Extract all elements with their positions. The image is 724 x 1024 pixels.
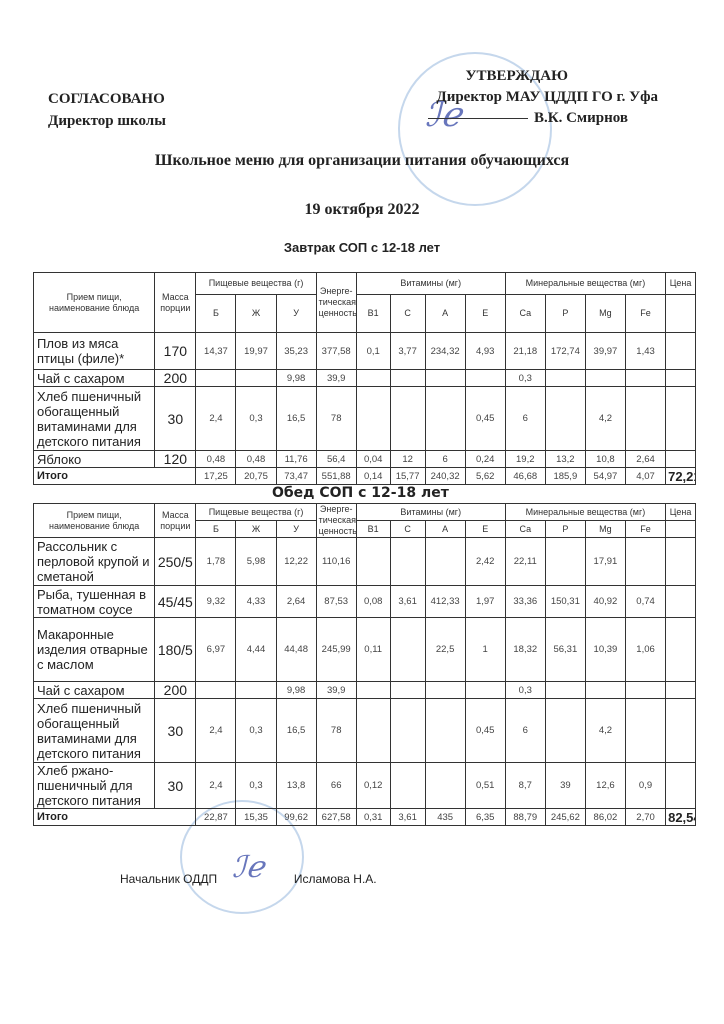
lunch-table: Прием пищи, наименование блюда Масса пор… xyxy=(33,503,696,826)
dish-b: 1,78 xyxy=(196,538,236,586)
dish-a xyxy=(425,699,465,763)
total-energy: 627,58 xyxy=(316,809,356,826)
menu-row: Хлеб пшеничный обогащенный витаминами дл… xyxy=(34,699,696,763)
agreed-position: Директор школы xyxy=(48,110,166,132)
dish-energy: 56,4 xyxy=(316,451,356,468)
dish-b1 xyxy=(356,370,390,387)
dish-price xyxy=(666,370,696,387)
dish-e: 0,51 xyxy=(465,763,505,809)
dish-fe xyxy=(625,387,665,451)
dish-a xyxy=(425,538,465,586)
col-minerals: Минеральные вещества (мг) xyxy=(505,504,665,521)
dish-mass: 200 xyxy=(155,370,196,387)
dish-name: Рассольник с перловой крупой и сметаной xyxy=(34,538,155,586)
dish-b1: 0,08 xyxy=(356,586,390,618)
total-b: 22,87 xyxy=(196,809,236,826)
dish-b: 2,4 xyxy=(196,699,236,763)
dish-b xyxy=(196,370,236,387)
col-nutrients: Пищевые вещества (г) xyxy=(196,273,316,295)
menu-row: Плов из мяса птицы (филе)* 17014,3719,97… xyxy=(34,333,696,370)
dish-price xyxy=(666,387,696,451)
dish-mg: 17,91 xyxy=(585,538,625,586)
dish-zh: 4,44 xyxy=(236,618,276,682)
dish-name: Макаронные изделия отварные с маслом xyxy=(34,618,155,682)
dish-e xyxy=(465,370,505,387)
dish-e: 2,42 xyxy=(465,538,505,586)
dish-price xyxy=(666,682,696,699)
dish-u: 16,5 xyxy=(276,387,316,451)
dish-fe xyxy=(625,370,665,387)
col-zh: Ж xyxy=(236,295,276,333)
col-b1: В1 xyxy=(356,521,390,538)
dish-price xyxy=(666,763,696,809)
approved-position: Директор МАУ ЦДДП ГО г. Уфа xyxy=(378,87,668,108)
dish-zh: 5,98 xyxy=(236,538,276,586)
dish-energy: 87,53 xyxy=(316,586,356,618)
total-zh: 20,75 xyxy=(236,468,276,485)
total-c: 3,61 xyxy=(390,809,425,826)
total-a: 240,32 xyxy=(425,468,465,485)
dish-mg: 10,39 xyxy=(585,618,625,682)
dish-mg xyxy=(585,682,625,699)
breakfast-table: Прием пищи, наименование блюда Масса пор… xyxy=(33,272,696,485)
dish-p: 56,31 xyxy=(545,618,585,682)
approved-label: УТВЕРЖДАЮ xyxy=(378,66,668,87)
dish-zh: 4,33 xyxy=(236,586,276,618)
dish-b1: 0,11 xyxy=(356,618,390,682)
dish-zh xyxy=(236,682,276,699)
dish-price xyxy=(666,618,696,682)
dish-b1: 0,1 xyxy=(356,333,390,370)
col-e: Е xyxy=(465,295,505,333)
col-mg: Mg xyxy=(585,521,625,538)
dish-p: 150,31 xyxy=(545,586,585,618)
total-u: 99,62 xyxy=(276,809,316,826)
dish-name: Чай с сахаром xyxy=(34,682,155,699)
dish-a: 412,33 xyxy=(425,586,465,618)
total-e: 6,35 xyxy=(465,809,505,826)
dish-p xyxy=(545,370,585,387)
menu-row: Хлеб пшеничный обогащенный витаминами дл… xyxy=(34,387,696,451)
menu-row: Яблоко 1200,480,4811,7656,40,041260,2419… xyxy=(34,451,696,468)
dish-b: 0,48 xyxy=(196,451,236,468)
dish-energy: 245,99 xyxy=(316,618,356,682)
col-c: С xyxy=(390,521,425,538)
approved-block: УТВЕРЖДАЮ Директор МАУ ЦДДП ГО г. Уфа В.… xyxy=(378,66,668,129)
dish-fe: 1,06 xyxy=(625,618,665,682)
dish-ca: 33,36 xyxy=(505,586,545,618)
page-title: Школьное меню для организации питания об… xyxy=(0,152,724,170)
menu-row: Чай с сахаром 2009,9839,90,3 xyxy=(34,370,696,387)
dish-u: 9,98 xyxy=(276,682,316,699)
total-zh: 15,35 xyxy=(236,809,276,826)
total-b1: 0,14 xyxy=(356,468,390,485)
dish-b1 xyxy=(356,699,390,763)
dish-e: 1 xyxy=(465,618,505,682)
total-a: 435 xyxy=(425,809,465,826)
total-label: Итого xyxy=(34,809,196,826)
dish-c xyxy=(390,682,425,699)
dish-mg: 4,2 xyxy=(585,387,625,451)
dish-p xyxy=(545,682,585,699)
dish-mass: 120 xyxy=(155,451,196,468)
col-energy: Энерге-тическая ценность xyxy=(316,273,356,333)
dish-a: 22,5 xyxy=(425,618,465,682)
col-e: Е xyxy=(465,521,505,538)
col-mass: Масса порции xyxy=(155,504,196,538)
dish-b: 2,4 xyxy=(196,387,236,451)
dish-mg: 40,92 xyxy=(585,586,625,618)
dish-p xyxy=(545,387,585,451)
dish-mass: 180/5 xyxy=(155,618,196,682)
dish-mg: 12,6 xyxy=(585,763,625,809)
dish-fe: 1,43 xyxy=(625,333,665,370)
dish-e: 0,45 xyxy=(465,699,505,763)
dish-a xyxy=(425,387,465,451)
dish-c xyxy=(390,387,425,451)
dish-fe: 0,9 xyxy=(625,763,665,809)
col-b1: В1 xyxy=(356,295,390,333)
total-e: 5,62 xyxy=(465,468,505,485)
dish-c: 3,77 xyxy=(390,333,425,370)
dish-b: 2,4 xyxy=(196,763,236,809)
col-u: У xyxy=(276,295,316,333)
dish-u: 2,64 xyxy=(276,586,316,618)
dish-ca: 6 xyxy=(505,387,545,451)
dish-energy: 78 xyxy=(316,387,356,451)
dish-name: Чай с сахаром xyxy=(34,370,155,387)
col-a: А xyxy=(425,521,465,538)
dish-ca: 0,3 xyxy=(505,370,545,387)
dish-b: 9,32 xyxy=(196,586,236,618)
dish-ca: 0,3 xyxy=(505,682,545,699)
dish-a xyxy=(425,763,465,809)
dish-u: 12,22 xyxy=(276,538,316,586)
dish-energy: 110,16 xyxy=(316,538,356,586)
total-fe: 4,07 xyxy=(625,468,665,485)
dish-ca: 6 xyxy=(505,699,545,763)
total-p: 185,9 xyxy=(545,468,585,485)
dish-e: 0,45 xyxy=(465,387,505,451)
total-label: Итого xyxy=(34,468,196,485)
dish-zh: 0,3 xyxy=(236,387,276,451)
dish-energy: 39,9 xyxy=(316,370,356,387)
total-u: 73,47 xyxy=(276,468,316,485)
dish-mass: 45/45 xyxy=(155,586,196,618)
signature-line xyxy=(428,118,528,119)
footer-signature: Начальник ОДДП Исламова Н.А. xyxy=(120,872,377,886)
total-fe: 2,70 xyxy=(625,809,665,826)
dish-mg xyxy=(585,370,625,387)
footer-position: Начальник ОДДП xyxy=(120,872,217,886)
dish-fe xyxy=(625,699,665,763)
col-energy: Энерге-тическая ценность xyxy=(316,504,356,538)
dish-zh: 19,97 xyxy=(236,333,276,370)
menu-row: Чай с сахаром 2009,9839,90,3 xyxy=(34,682,696,699)
dish-e: 4,93 xyxy=(465,333,505,370)
dish-zh xyxy=(236,370,276,387)
dish-u: 16,5 xyxy=(276,699,316,763)
dish-ca: 8,7 xyxy=(505,763,545,809)
dish-price xyxy=(666,333,696,370)
dish-a xyxy=(425,682,465,699)
col-meal-name: Прием пищи, наименование блюда xyxy=(34,504,155,538)
dish-a: 6 xyxy=(425,451,465,468)
dish-energy: 66 xyxy=(316,763,356,809)
dish-b xyxy=(196,682,236,699)
menu-row: Хлеб ржано-пшеничный для детского питани… xyxy=(34,763,696,809)
lunch-title: Обед СОП с 12-18 лет xyxy=(272,485,449,501)
dish-u: 9,98 xyxy=(276,370,316,387)
dish-mg: 4,2 xyxy=(585,699,625,763)
dish-mass: 200 xyxy=(155,682,196,699)
dish-p: 39 xyxy=(545,763,585,809)
dish-name: Яблоко xyxy=(34,451,155,468)
col-price-sub xyxy=(666,295,696,333)
total-mg: 86,02 xyxy=(585,809,625,826)
dish-u: 11,76 xyxy=(276,451,316,468)
dish-b1: 0,12 xyxy=(356,763,390,809)
approved-signatory: В.К. Смирнов xyxy=(378,108,668,129)
dish-zh: 0,3 xyxy=(236,699,276,763)
total-b1: 0,31 xyxy=(356,809,390,826)
col-c: С xyxy=(390,295,425,333)
col-nutrients: Пищевые вещества (г) xyxy=(196,504,316,521)
dish-fe xyxy=(625,538,665,586)
dish-e: 1,97 xyxy=(465,586,505,618)
col-b: Б xyxy=(196,295,236,333)
dish-mass: 170 xyxy=(155,333,196,370)
dish-b1 xyxy=(356,682,390,699)
menu-row: Рассольник с перловой крупой и сметаной … xyxy=(34,538,696,586)
total-energy: 551,88 xyxy=(316,468,356,485)
approved-name: В.К. Смирнов xyxy=(534,110,628,126)
dish-p xyxy=(545,538,585,586)
dish-mass: 250/5 xyxy=(155,538,196,586)
dish-c xyxy=(390,538,425,586)
col-p: Р xyxy=(545,521,585,538)
dish-name: Рыба, тушенная в томатном соусе xyxy=(34,586,155,618)
total-p: 245,62 xyxy=(545,809,585,826)
col-price-sub xyxy=(666,521,696,538)
col-price: Цена xyxy=(666,273,696,295)
dish-p: 13,2 xyxy=(545,451,585,468)
menu-date: 19 октября 2022 xyxy=(0,201,724,219)
dish-zh: 0,48 xyxy=(236,451,276,468)
dish-u: 35,23 xyxy=(276,333,316,370)
dish-energy: 377,58 xyxy=(316,333,356,370)
col-u: У xyxy=(276,521,316,538)
dish-name: Хлеб ржано-пшеничный для детского питани… xyxy=(34,763,155,809)
col-mass: Масса порции xyxy=(155,273,196,333)
dish-ca: 19,2 xyxy=(505,451,545,468)
dish-c xyxy=(390,699,425,763)
dish-e: 0,24 xyxy=(465,451,505,468)
total-mg: 54,97 xyxy=(585,468,625,485)
col-vitamins: Витамины (мг) xyxy=(356,504,505,521)
dish-fe: 2,64 xyxy=(625,451,665,468)
dish-b1 xyxy=(356,538,390,586)
col-ca: Са xyxy=(505,295,545,333)
col-mg: Mg xyxy=(585,295,625,333)
breakfast-title: Завтрак СОП с 12-18 лет xyxy=(0,240,724,255)
dish-a xyxy=(425,370,465,387)
col-fe: Fe xyxy=(625,521,665,538)
col-fe: Fe xyxy=(625,295,665,333)
dish-c xyxy=(390,618,425,682)
dish-price xyxy=(666,451,696,468)
dish-price xyxy=(666,538,696,586)
col-minerals: Минеральные вещества (мг) xyxy=(505,273,665,295)
dish-zh: 0,3 xyxy=(236,763,276,809)
dish-e xyxy=(465,682,505,699)
dish-b1: 0,04 xyxy=(356,451,390,468)
total-row: Итого22,8715,3599,62627,580,313,614356,3… xyxy=(34,809,696,826)
dish-mg: 10,8 xyxy=(585,451,625,468)
footer-name: Исламова Н.А. xyxy=(294,872,377,886)
dish-name: Хлеб пшеничный обогащенный витаминами дл… xyxy=(34,387,155,451)
dish-c: 12 xyxy=(390,451,425,468)
dish-energy: 39,9 xyxy=(316,682,356,699)
dish-a: 234,32 xyxy=(425,333,465,370)
agreed-label: СОГЛАСОВАНО xyxy=(48,88,166,110)
dish-mass: 30 xyxy=(155,763,196,809)
total-ca: 46,68 xyxy=(505,468,545,485)
dish-u: 13,8 xyxy=(276,763,316,809)
total-price: 72,21 xyxy=(666,468,696,485)
dish-c: 3,61 xyxy=(390,586,425,618)
dish-c xyxy=(390,763,425,809)
dish-ca: 21,18 xyxy=(505,333,545,370)
dish-price xyxy=(666,586,696,618)
dish-p: 172,74 xyxy=(545,333,585,370)
total-row: Итого17,2520,7573,47551,880,1415,77240,3… xyxy=(34,468,696,485)
total-b: 17,25 xyxy=(196,468,236,485)
total-price: 82,54 xyxy=(666,809,696,826)
dish-ca: 22,11 xyxy=(505,538,545,586)
col-b: Б xyxy=(196,521,236,538)
menu-row: Рыба, тушенная в томатном соусе 45/459,3… xyxy=(34,586,696,618)
dish-mass: 30 xyxy=(155,387,196,451)
dish-b1 xyxy=(356,387,390,451)
dish-fe xyxy=(625,682,665,699)
agreed-block: СОГЛАСОВАНО Директор школы xyxy=(48,88,166,132)
col-ca: Са xyxy=(505,521,545,538)
dish-price xyxy=(666,699,696,763)
total-ca: 88,79 xyxy=(505,809,545,826)
dish-ca: 18,32 xyxy=(505,618,545,682)
dish-mass: 30 xyxy=(155,699,196,763)
dish-b: 14,37 xyxy=(196,333,236,370)
col-vitamins: Витамины (мг) xyxy=(356,273,505,295)
dish-mg: 39,97 xyxy=(585,333,625,370)
col-a: А xyxy=(425,295,465,333)
col-price: Цена xyxy=(666,504,696,521)
menu-row: Макаронные изделия отварные с маслом 180… xyxy=(34,618,696,682)
total-c: 15,77 xyxy=(390,468,425,485)
col-zh: Ж xyxy=(236,521,276,538)
dish-c xyxy=(390,370,425,387)
col-meal-name: Прием пищи, наименование блюда xyxy=(34,273,155,333)
dish-b: 6,97 xyxy=(196,618,236,682)
col-p: Р xyxy=(545,295,585,333)
dish-p xyxy=(545,699,585,763)
dish-name: Хлеб пшеничный обогащенный витаминами дл… xyxy=(34,699,155,763)
dish-u: 44,48 xyxy=(276,618,316,682)
dish-energy: 78 xyxy=(316,699,356,763)
dish-fe: 0,74 xyxy=(625,586,665,618)
dish-name: Плов из мяса птицы (филе)* xyxy=(34,333,155,370)
